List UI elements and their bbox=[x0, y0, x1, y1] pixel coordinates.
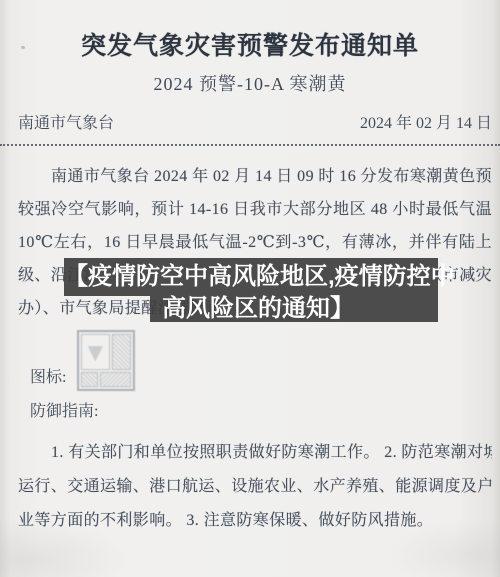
warning-icon-bottom-row bbox=[81, 372, 131, 387]
guide-line-2: 运行、交通运输、港口航运、设施农业、水产养殖、能源调度及户外作 bbox=[18, 470, 492, 504]
warning-icon-arrow-cell: ▼ bbox=[81, 334, 110, 370]
defense-guide: 1. 有关部门和单位按照职责做好防寒潮工作。 2. 防范寒潮对城市 运行、交通运… bbox=[18, 436, 492, 538]
body-line-3: 10℃左右，16 日早晨最低气温-2℃到-3℃，有薄冰，并伴有陆上 5-7 bbox=[18, 226, 492, 259]
down-arrow-icon: ▼ bbox=[88, 342, 103, 362]
warning-icon-top-row: ▼ bbox=[81, 334, 131, 370]
dotted-divider bbox=[0, 144, 500, 146]
watermark-line-2: 高风险区的通知】 bbox=[150, 296, 438, 322]
cold-wave-warning-icon: ▼ bbox=[77, 330, 135, 391]
guide-label: 防御指南: bbox=[30, 400, 98, 424]
agency-name: 南通市气象台 bbox=[18, 110, 114, 133]
warning-icon-side-cell bbox=[112, 334, 131, 370]
watermark-line-1: 【疫情防空中高风险地区,疫情防控中 bbox=[64, 258, 438, 296]
issue-date: 2024 年 02 月 14 日 bbox=[360, 110, 492, 133]
warning-number: 2024 预警-10-A 寒潮黄 bbox=[0, 70, 500, 96]
icon-label: 图标: bbox=[30, 366, 66, 390]
page-title: 突发气象灾害预警发布通知单 bbox=[0, 26, 500, 62]
scanned-notice-page: 突发气象灾害预警发布通知单 2024 预警-10-A 寒潮黄 南通市气象台 20… bbox=[0, 0, 500, 577]
warning-icon-bottom-cell-1 bbox=[81, 372, 98, 387]
guide-line-3: 业等方面的不利影响。 3. 注意防寒保暖、做好防风措施。 bbox=[18, 504, 492, 538]
epidemic-watermark-overlay: 【疫情防空中高风险地区,疫情防控中 高风险区的通知】 bbox=[64, 258, 438, 322]
body-line-2: 较强冷空气影响，预计 14-16 日我市大部分地区 48 小时最低气温将下降 bbox=[18, 193, 492, 226]
guide-line-1: 1. 有关部门和单位按照职责做好防寒潮工作。 2. 防范寒潮对城市 bbox=[18, 436, 492, 470]
body-line-1: 南通市气象台 2024 年 02 月 14 日 09 时 16 分发布寒潮黄色预… bbox=[18, 160, 492, 193]
warning-icon-bottom-cell-2 bbox=[100, 372, 131, 387]
meta-row: 南通市气象台 2024 年 02 月 14 日 bbox=[18, 110, 492, 133]
